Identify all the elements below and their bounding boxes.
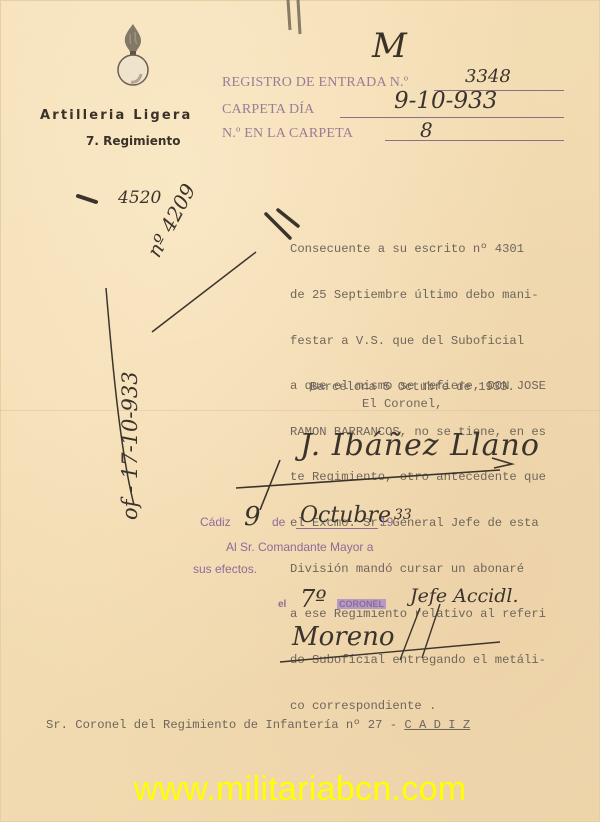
cadiz-stamp-purpose: sus efectos. xyxy=(193,562,257,576)
addressee-city: C A D I Z xyxy=(404,718,470,732)
top-initials-annotation: M xyxy=(372,26,407,66)
margin-number-4520: 4520 xyxy=(118,188,161,208)
flaming-grenade-emblem-icon xyxy=(113,22,153,92)
registry-folder-day-line xyxy=(340,117,564,118)
registry-folder-day-label: CARPETA DÍA xyxy=(222,102,314,118)
letter-line: División mandó cursar un abonaré xyxy=(290,562,546,577)
margin-vertical-line xyxy=(100,280,140,520)
cadiz-stamp-de: de xyxy=(272,515,285,529)
addressee-line: Sr. Coronel del Regimiento de Infantería… xyxy=(46,713,470,733)
letter-line: co correspondiente . xyxy=(290,699,546,714)
cadiz-stamp-place: Cádiz xyxy=(200,515,231,529)
registry-folder-number-value: 8 xyxy=(420,118,433,142)
cadiz-stamp-year-suffix: 33 xyxy=(394,507,412,523)
letter-line: de 25 Septiembre último debo mani- xyxy=(290,288,546,303)
registry-folder-day-value: 9-10-933 xyxy=(394,88,497,114)
colonel-signature-flourish xyxy=(230,430,530,510)
cadiz-stamp-year-prefix: 19 xyxy=(380,515,393,529)
margin-number-underline xyxy=(140,210,270,340)
letter-line: festar a V.S. que del Suboficial xyxy=(290,334,546,349)
ink-dash-mark xyxy=(74,190,104,210)
cadiz-signature-flourish xyxy=(270,600,510,670)
addressee-text: Sr. Coronel del Regimiento de Infantería… xyxy=(46,718,404,732)
registry-folder-number-line xyxy=(385,140,564,141)
letter-line: Consecuente a su escrito nº 4301 xyxy=(290,242,546,257)
registry-entry-label: REGISTRO DE ENTRADA N.º xyxy=(222,75,408,91)
letterhead-unit: Artilleria Ligera xyxy=(40,108,192,123)
cadiz-stamp-recipient: Al Sr. Comandante Mayor a xyxy=(226,540,373,554)
ink-mark-top xyxy=(280,0,310,40)
cadiz-stamp-day: 9 xyxy=(244,502,261,532)
registry-folder-number-label: N.º EN LA CARPETA xyxy=(222,126,353,142)
watermark-url: www.militariabcn.com xyxy=(0,770,600,809)
letter-place-date: Barcelona 5 Octubre de 1933. xyxy=(310,380,515,395)
letter-closing: El Coronel, xyxy=(362,397,442,412)
cadiz-stamp-month: Octubre xyxy=(300,503,391,528)
letterhead-regiment: 7. Regimiento xyxy=(86,134,180,148)
cadiz-stamp-month-line xyxy=(296,528,378,529)
registry-entry-value: 3348 xyxy=(465,66,511,87)
